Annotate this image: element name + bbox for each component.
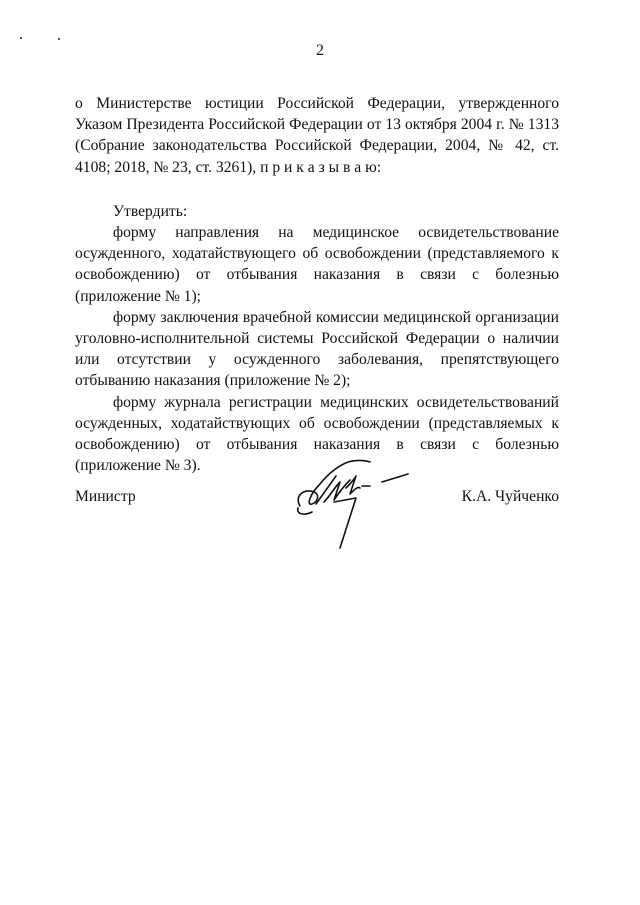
signatory-title: Министр <box>75 488 136 506</box>
intro-paragraph: о Министерстве юстиции Российской Федера… <box>75 93 559 178</box>
scan-speck <box>20 37 22 39</box>
document-body: о Министерстве юстиции Российской Федера… <box>75 93 559 476</box>
signature-block: Министр К.А. Чуйченко <box>75 484 559 564</box>
page-number: 2 <box>0 42 640 60</box>
scan-speck <box>58 38 60 40</box>
signatory-name: К.А. Чуйченко <box>462 488 559 506</box>
handwritten-signature-icon <box>290 458 430 558</box>
approve-heading: Утвердить: <box>75 201 559 222</box>
appendix-1-item: форму направления на медицинское освидет… <box>75 222 559 307</box>
appendix-2-item: форму заключения врачебной комиссии меди… <box>75 307 559 392</box>
